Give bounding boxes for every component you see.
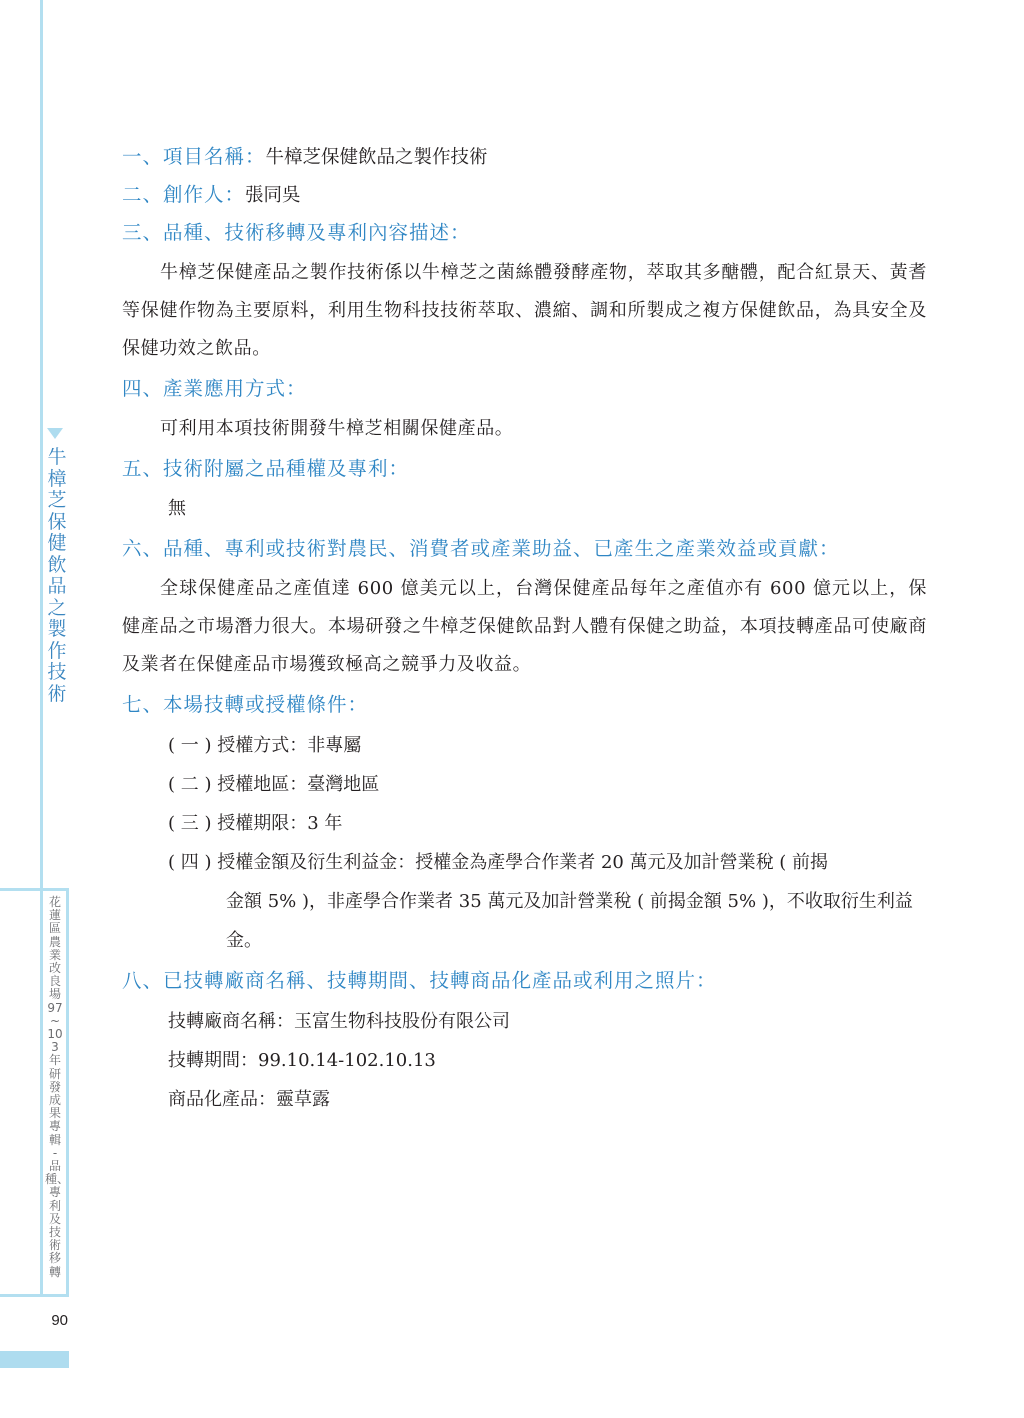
transfer-period: 99.10.14-102.10.13 [258, 1050, 436, 1071]
license-item: ( 四 ) 授權金額及衍生利益金：授權金為產學合作業者 20 萬元及加計營業稅 … [122, 843, 927, 960]
triangle-down-icon [47, 428, 63, 439]
license-item-value: 臺灣地區 [307, 774, 379, 795]
section-heading-2: 二、創作人：張同吳 [122, 178, 927, 216]
footer-color-bar [0, 1351, 69, 1368]
section-heading-5: 五、技術附屬之品種權及專利： [122, 452, 927, 490]
section-heading-3: 三、品種、技術移轉及專利內容描述： [122, 216, 927, 254]
section-heading-7: 七、本場技轉或授權條件： [122, 688, 927, 726]
section-4-body: 可利用本項技術開發牛樟芝相關保健產品。 [122, 410, 927, 448]
license-item-value: 授權金為產學合作業者 20 萬元及加計營業稅 ( 前揭 [415, 852, 828, 873]
license-item: ( 一 ) 授權方式：非專屬 [122, 726, 927, 765]
section-3-body: 牛樟芝保健產品之製作技術係以牛樟芝之菌絲體發酵產物，萃取其多醣體，配合紅景天、黃… [122, 254, 927, 368]
license-item-value: 3 年 [307, 813, 342, 834]
license-item-label: ( 一 ) 授權方式： [168, 735, 307, 756]
sidebar-book-title: 花蓮區農業改良場 97 ~ 103 年研發成果專輯 - 品種、專利及技術移轉 [45, 896, 65, 1279]
transfer-label: 商品化產品： [168, 1089, 276, 1110]
heading-label: 二、創作人： [122, 183, 245, 206]
section-heading-4: 四、產業應用方式： [122, 372, 927, 410]
page-number: 90 [44, 1312, 68, 1329]
project-name: 牛樟芝保健飲品之製作技術 [266, 147, 488, 168]
sidebar-divider [0, 888, 69, 891]
sidebar-box-edge [66, 888, 69, 1297]
section-heading-1: 一、項目名稱：牛樟芝保健飲品之製作技術 [122, 140, 927, 178]
transfer-company: 玉富生物科技股份有限公司 [294, 1011, 510, 1032]
license-item-label: ( 三 ) 授權期限： [168, 813, 307, 834]
transfer-label: 技轉廠商名稱： [168, 1011, 294, 1032]
section-6-body: 全球保健產品之產值達 600 億美元以上，台灣保健產品每年之產值亦有 600 億… [122, 570, 927, 684]
section-5-body: 無 [122, 490, 927, 528]
sidebar-vertical-line [40, 0, 43, 1297]
transfer-line: 商品化產品：靈草露 [122, 1080, 927, 1119]
license-item-continuation: 金額 5% )，非產學合作業者 35 萬元及加計營業稅 ( 前揭金額 5% )，… [168, 882, 927, 960]
transfer-line: 技轉期間：99.10.14-102.10.13 [122, 1041, 927, 1080]
transfer-line: 技轉廠商名稱：玉富生物科技股份有限公司 [122, 1002, 927, 1041]
section-heading-8: 八、已技轉廠商名稱、技轉期間、技轉商品化產品或利用之照片： [122, 964, 927, 1002]
creator-name: 張同吳 [245, 185, 301, 206]
document-body: 一、項目名稱：牛樟芝保健飲品之製作技術 二、創作人：張同吳 三、品種、技術移轉及… [122, 140, 927, 1119]
license-item-label: ( 四 ) 授權金額及衍生利益金： [168, 852, 415, 873]
license-item: ( 三 ) 授權期限：3 年 [122, 804, 927, 843]
commercial-product: 靈草露 [276, 1089, 330, 1110]
sidebar-box-bottom [0, 1294, 69, 1297]
sidebar-chapter-title: 牛樟芝保健飲品之製作技術 [46, 447, 68, 705]
transfer-label: 技轉期間： [168, 1050, 258, 1071]
license-item: ( 二 ) 授權地區：臺灣地區 [122, 765, 927, 804]
license-item-label: ( 二 ) 授權地區： [168, 774, 307, 795]
heading-label: 一、項目名稱： [122, 145, 266, 168]
section-heading-6: 六、品種、專利或技術對農民、消費者或產業助益、已產生之產業效益或貢獻： [122, 532, 927, 570]
license-item-value: 非專屬 [307, 735, 361, 756]
